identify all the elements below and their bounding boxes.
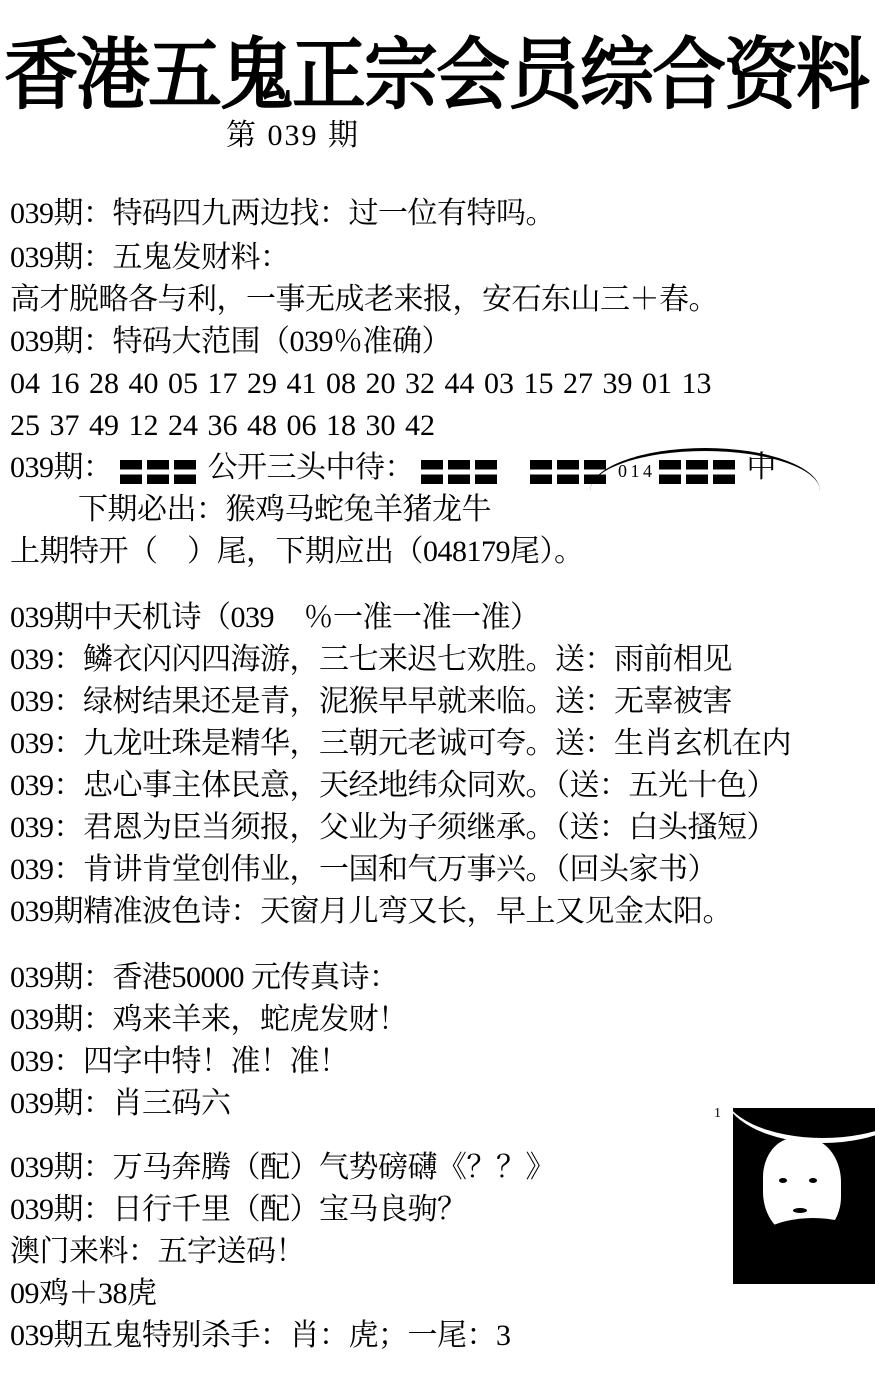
photo-mark: 1 — [714, 1106, 721, 1122]
final-line: 澳门来料：五字送码！ — [10, 1234, 305, 1270]
text-line: 039期：特码大范围（039％准确） — [10, 324, 451, 360]
final-line: 09鸡＋38虎 — [10, 1276, 157, 1312]
three-heads-prefix: 039期： — [10, 451, 113, 484]
trigram-icon — [120, 452, 201, 488]
number-range-line: 04 16 28 40 05 17 29 41 08 20 32 44 03 1… — [10, 366, 712, 402]
hk-line: 039期：肖三码六 — [10, 1086, 231, 1122]
poem-line: 039：鳞衣闪闪四海游，三七来迟七欢胜。送：雨前相见 — [10, 642, 732, 678]
hk-line: 039期：鸡来羊来，蛇虎发财！ — [10, 1002, 408, 1038]
text-line: 高才脱略各与利，一事无成老来报，安石东山三＋春。 — [10, 282, 718, 318]
document-title: 香港五鬼正宗会员综合资料 — [4, 28, 874, 123]
poem-line: 039：九龙吐珠是精华，三朝元老诚可夸。送：生肖玄机在内 — [10, 726, 791, 762]
three-heads-middle: 公开三头中待： — [208, 451, 415, 484]
next-zodiac-line: 下期必出：猴鸡马蛇兔羊猪龙牛 — [78, 492, 491, 528]
poem-header: 039期中天机诗（039 ％一准一准一准） — [10, 600, 540, 636]
text-line: 039期：特码四九两边找：过一位有特吗。 — [10, 196, 555, 232]
issue-number: 第 039 期 — [226, 118, 360, 154]
number-range-line: 25 37 49 12 24 36 48 06 18 30 42 — [10, 408, 435, 444]
tail-line: 上期特开（ ）尾，下期应出（048179尾）。 — [10, 534, 584, 570]
poem-line: 039：忠心事主体民意，天经地纬众同欢。（送：五光十色） — [10, 768, 776, 804]
final-line: 039期：万马奔腾（配）气势磅礴《？？》 — [10, 1150, 555, 1186]
hk-line: 039期：香港50000 元传真诗： — [10, 960, 399, 996]
trigram-icon — [421, 452, 502, 488]
killer-line: 039期五鬼特别杀手：肖：虎；一尾：3 — [10, 1318, 511, 1354]
poem-line: 039：肯讲肯堂创伟业，一国和气万事兴。（回头家书） — [10, 852, 717, 888]
final-line: 039期：日行千里（配）宝马良驹？ — [10, 1192, 467, 1228]
wave-color-poem: 039期精准波色诗：天窗月儿弯又长，早上又见金太阳。 — [10, 894, 732, 930]
poem-line: 039：君恩为臣当须报，父业为子须继承。（送：白头搔短） — [10, 810, 776, 846]
poem-line: 039：绿树结果还是青，泥猴早早就来临。送：无辜被害 — [10, 684, 732, 720]
hk-line: 039：四字中特！准！准！ — [10, 1044, 349, 1080]
portrait-photo — [733, 1108, 875, 1284]
text-line: 039期：五鬼发财料： — [10, 240, 290, 276]
